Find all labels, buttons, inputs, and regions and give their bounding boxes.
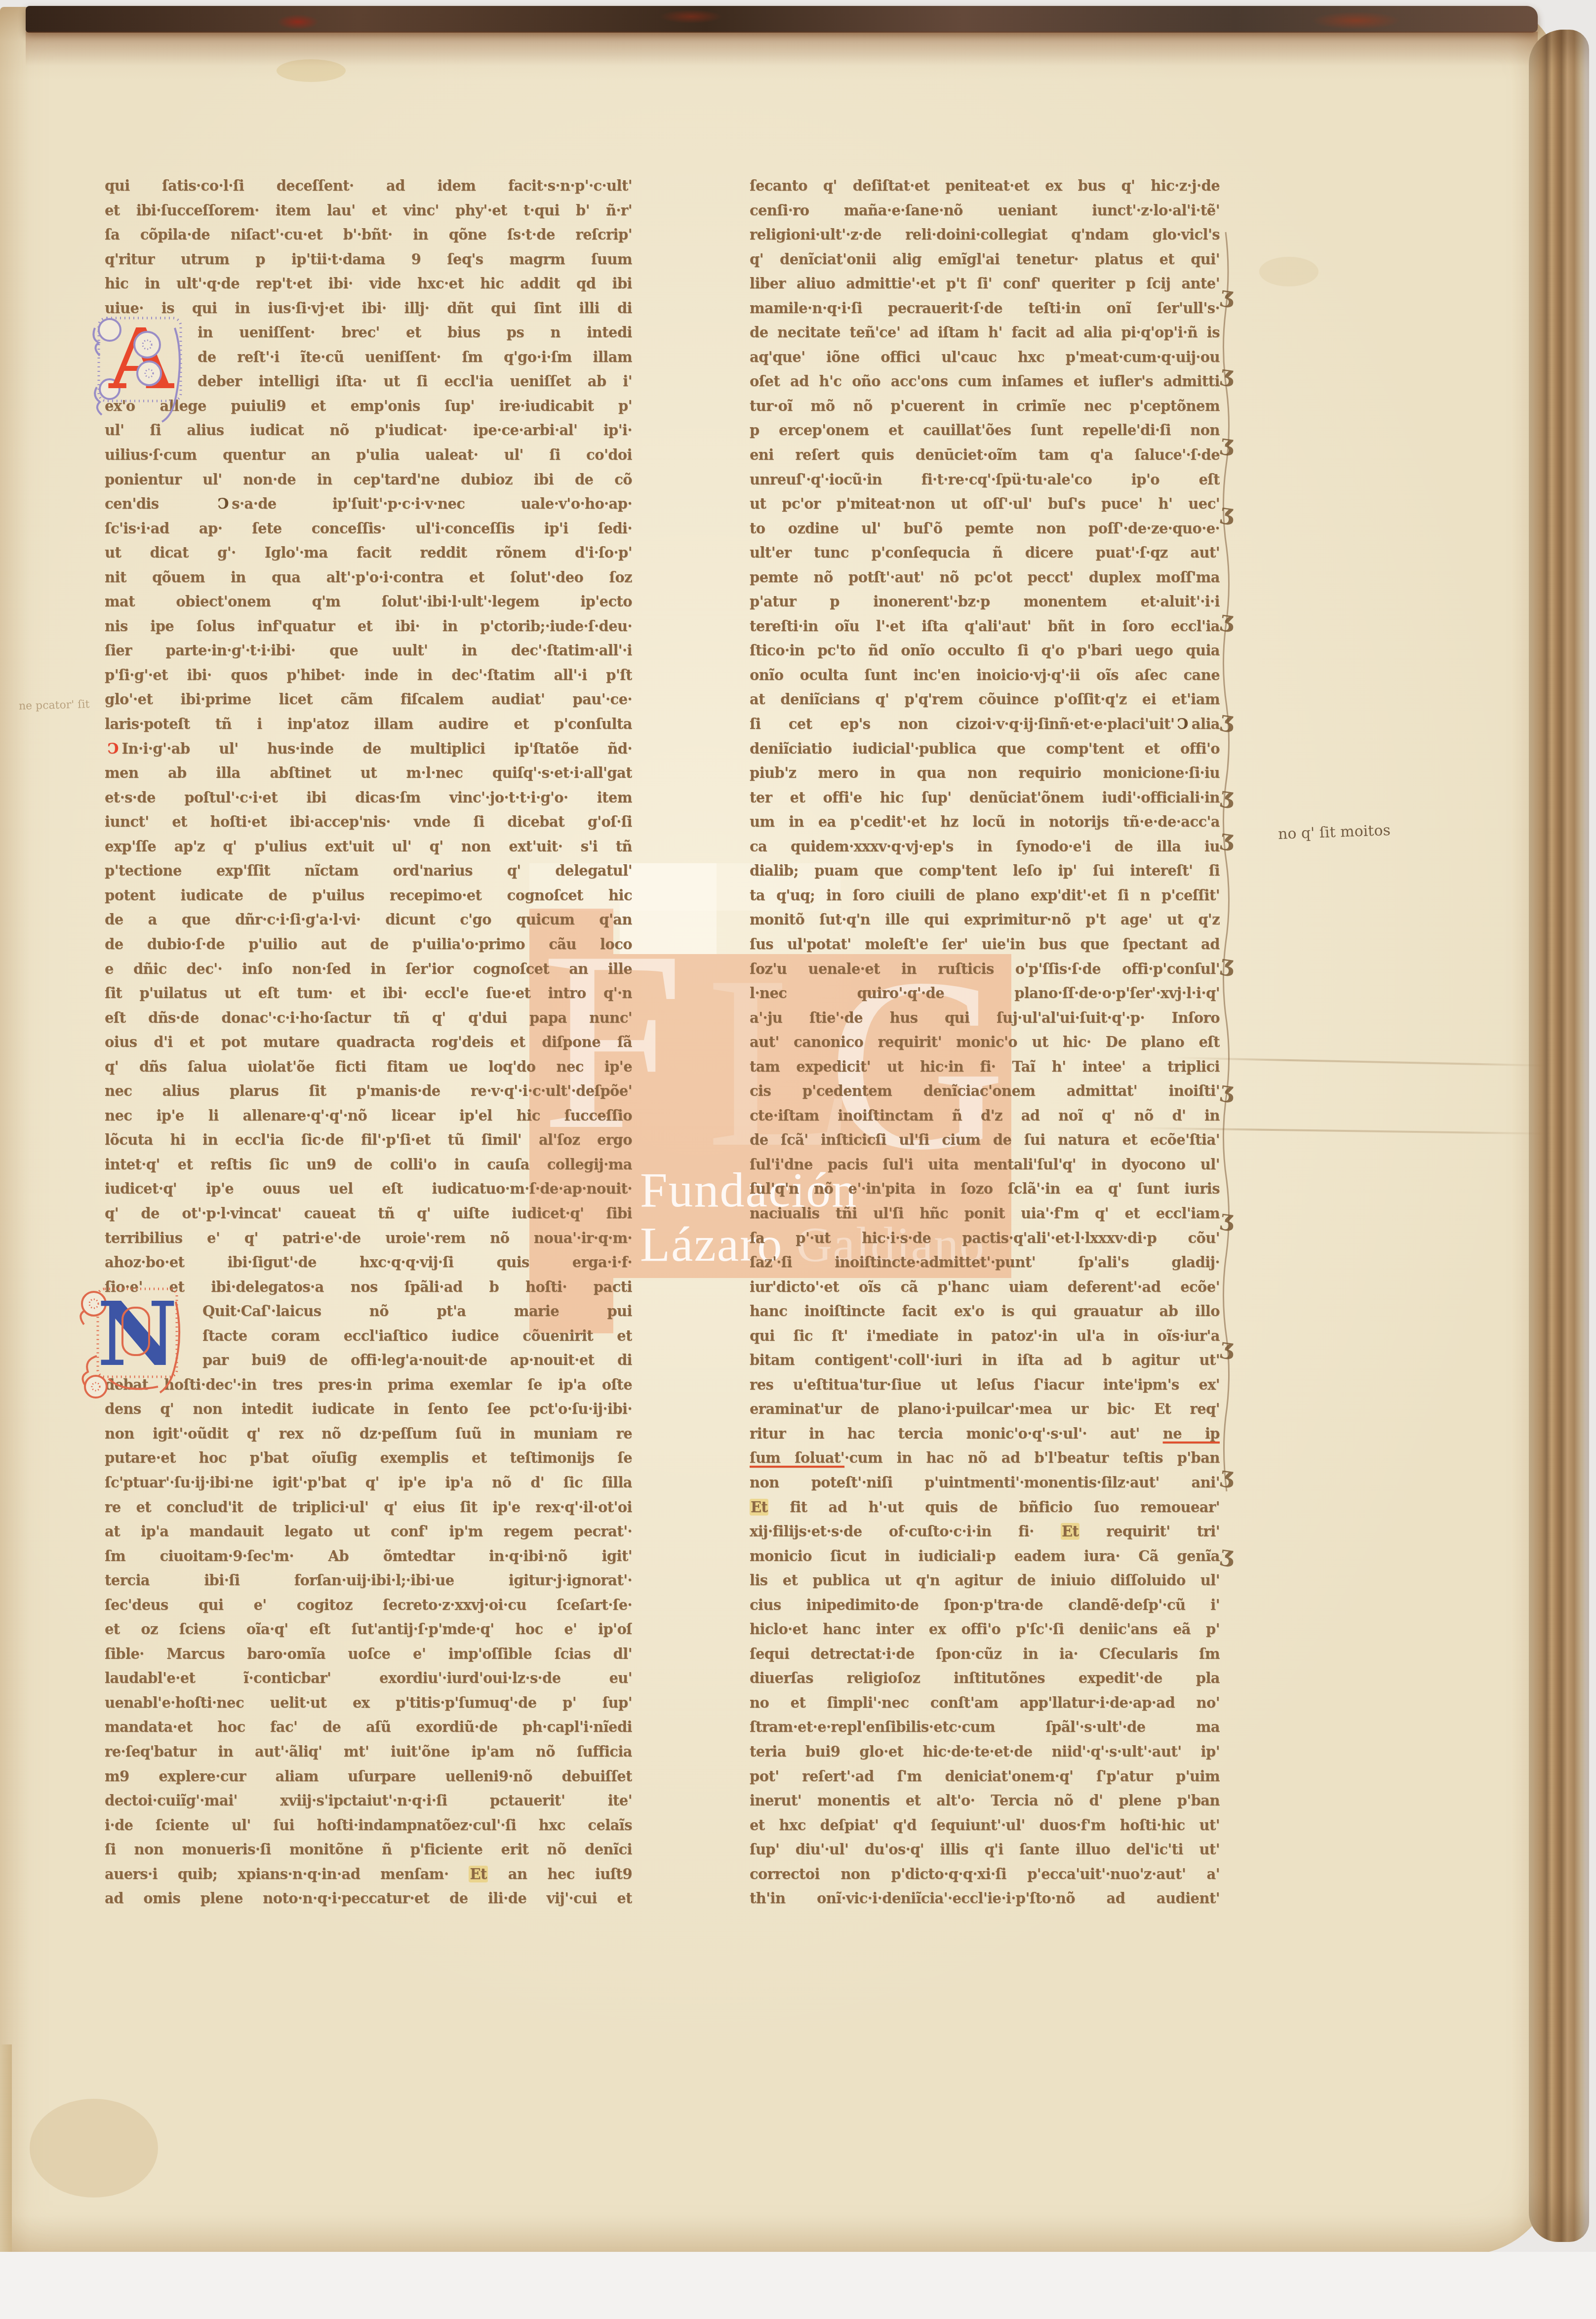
text-line: um in ea p'cedit'·et hz locũ in notorijs…	[750, 810, 1220, 835]
text-line: hic in ult'·q·de rep't·et ibi· vide hxc·…	[105, 272, 632, 296]
text-line: bitam contigent'·coll'·iuri in iſta ad b…	[750, 1348, 1220, 1373]
text-line: et·s·de poſtul'·c·i·et ibi dicas·ſm vinc…	[105, 786, 632, 810]
text-line: ſit p'uilatus ut eſt tum· et ibi· eccl'e…	[105, 981, 632, 1006]
text-line: Et fit ad h'·ut quis de bñficio ſuo remo…	[750, 1495, 1220, 1520]
text-line: ahoz·bo·et ibi·ſigut'·de hxc·q·q·vij·ſi …	[105, 1250, 632, 1275]
yellow-washed-capital: Et	[750, 1499, 768, 1516]
text-line: de dubio·ſ·de p'uilio aut de p'uilia'o·p…	[105, 932, 632, 957]
text-line: ca quidem·xxxv·q·vj·ep's in ſynodo·e'i d…	[750, 835, 1220, 859]
text-line: no et ſimpli'·nec conſt'am app'llatur·i·…	[750, 1691, 1220, 1716]
text-line: at deniĩcians q' p'q'rem cõuince p'oſſit…	[750, 687, 1220, 712]
text-line: aut' canonico requirit' monic'o ut hic· …	[750, 1030, 1220, 1055]
text-line: eraminat'ur de plano·i·puilcar'·mea ur b…	[750, 1397, 1220, 1422]
red-underline: ne ip	[1163, 1425, 1220, 1442]
binding-shadow	[26, 32, 1538, 66]
text-line: unreuſ'·q'·iocũ·in fi·t·re·cq'·ſpü·tu·al…	[750, 468, 1220, 492]
text-line: nit qõuem in qua alt'·p'o·i·contra et ſo…	[105, 565, 632, 590]
text-line: ſaz'·ſi inoiſtincte·admittet'·punt' ſp'a…	[750, 1250, 1220, 1275]
text-line: oſet ad h'c oño acc'ons cum inſames et i…	[750, 369, 1220, 394]
page-edge-stack	[1529, 30, 1589, 2242]
text-line: monitõ ſut·q'n ille qui exprimitur·nõ p'…	[750, 908, 1220, 932]
text-line: monicio ſicut in iudiciali·p eadem iura·…	[750, 1544, 1220, 1569]
text-line: ritur in hac tercia monic'o·q'·s·ul'· au…	[750, 1422, 1220, 1446]
text-line: ſtico·in pc'to ñd onĩo occulto ſi q'o p'…	[750, 639, 1220, 663]
yellow-washed-capital: Et	[469, 1866, 487, 1882]
text-line: mandata·et hoc fac' de aſũ exordiũ·de ph…	[105, 1715, 632, 1740]
text-line: mat obiect'onem q'm ſolut'·ibi·l·ult'·le…	[105, 590, 632, 614]
text-line: cen'dis Cs·a·de ip'ſuit'·p·c·i·v·nec ual…	[105, 492, 632, 517]
text-line: ſecanto q' deſiſtat·et peniteat·et ex bu…	[750, 174, 1220, 199]
text-column-1: qui ſatis·co·l·ſi deceſſent· ad idem fac…	[105, 174, 632, 1911]
text-line: cenſi·ro maña·e·ſane·nõ ueniant iunct'·z…	[750, 199, 1220, 223]
text-line: ſtram·et·e·repl'enſibilis·etc·cum ſpãl'·…	[750, 1715, 1220, 1740]
text-line: dialib; puam que comp'tent leſo ip' ſui …	[750, 859, 1220, 883]
text-line: piub'z mero in qua non requirio monicion…	[750, 761, 1220, 786]
text-line: ta q'uq; in ſoro ciuili de plano exp'dit…	[750, 883, 1220, 908]
photo-background	[0, 2252, 1596, 2319]
text-line: xij·filijs·et·s·de of·cuſto·c·i·in fi· E…	[750, 1519, 1220, 1544]
text-line: ſec'deus qui e' cogitoz ſecreto·z·xxvj·o…	[105, 1593, 632, 1618]
text-line: pemte nõ potſt'·aut' nõ pc'ot pecct' dup…	[750, 565, 1220, 590]
text-line: p ercep'onem et cauillat'ões ſunt repell…	[750, 418, 1220, 443]
text-line: ſa p'·ut hic·i·s·de pactis·q'ali'·et·l·l…	[750, 1226, 1220, 1251]
text-line: ſul'i'dne pacis ſul'i uita mentali'ſul'q…	[750, 1153, 1220, 1177]
text-line: ut pc'or p'miteat·non ut oſſ'·ul' buſ's …	[750, 492, 1220, 517]
text-line: aq'que' iõne offici ul'cauc hxc p'meat·c…	[750, 345, 1220, 370]
text-line: ult'er tunc p'conſequcia ñ dicere puat'·…	[750, 541, 1220, 565]
text-line: correctoi non p'dicto·q·q·xi·ſi p'ecca'u…	[750, 1862, 1220, 1887]
svg-text:A: A	[108, 313, 175, 408]
text-line: ſequi detrectat·i·de ſpon·cũz in ia· Cſe…	[750, 1642, 1220, 1667]
text-line: res u'eſtitua'tur·ſiue ut leſus ſ'iacur …	[750, 1373, 1220, 1398]
text-line: ſul'q'n nõ e'·in'pita in ſozo ſclã'·in e…	[750, 1177, 1220, 1201]
text-line: nec ip'e li allenare·q'·q'·nõ licear ip'…	[105, 1104, 632, 1128]
text-line: ſc'is·i·ad ap· ſete conceſſis· ul'i·conc…	[105, 517, 632, 541]
text-line: ſum ſoluat'·cum in hac nõ ad b'l'beatur …	[750, 1446, 1220, 1471]
text-line: diuerſas religioſoz inſtitutõnes expedit…	[750, 1666, 1220, 1691]
text-line: CIn·i·g'·ab ul' hus·inde de multiplici i…	[105, 737, 632, 761]
yellow-washed-capital: Et	[1061, 1523, 1079, 1540]
text-line: q' dñs ſalua uiolat'õe ficti fitam ue lo…	[105, 1055, 632, 1080]
text-line: laris·poteſt tñ i inp'atoz illam audire …	[105, 712, 632, 737]
ink-paragraph-mark: C	[218, 492, 229, 517]
text-line: et ibi·ſucceſſorem· item lau' et vinc' p…	[105, 199, 632, 223]
text-line: tereſti·in oĩu l'·et iſta q'ali'aut' bñt…	[750, 614, 1220, 639]
text-line: ut dicat g'· Iglo'·ma facit reddit rõnem…	[105, 541, 632, 565]
text-line: nec alius plarus ſit p'manis·de re·v·q'·…	[105, 1079, 632, 1104]
text-line: ſc'ptuar'·ſu·ij·ibi·ne igit'·p'bat q' ip…	[105, 1471, 632, 1495]
text-line: ſus ul'potat' moleſt'e ſer' uie'in bus q…	[750, 932, 1220, 957]
text-line: naciualis tñi ul'ſi hñc ponit uia'·f'm q…	[750, 1201, 1220, 1226]
svg-text:N: N	[97, 1282, 178, 1386]
text-line: a'·ju ſtie'·de hus qui ſuj·ul'al'ui·ſuit…	[750, 1006, 1220, 1031]
book-binding-edge	[26, 6, 1538, 33]
text-line: i·de ſciente ul' ſui hoſti·indampnatõez·…	[105, 1813, 632, 1838]
text-line: iur'dicto'·et oĩs cã p'hanc uiam deferen…	[750, 1275, 1220, 1300]
text-line: de ſcã' inſticicſi ul'ſi cium de ſui nat…	[750, 1128, 1220, 1153]
red-underline: ſum ſoluat'	[750, 1449, 844, 1466]
text-line: tercia ibi·ſi forſan·uij·ibi·l;·ibi·ue i…	[105, 1568, 632, 1593]
text-line: religioni·ult'·z·de reli·doini·collegiat…	[750, 223, 1220, 247]
text-line: q'ritur utrum p ip'tii·t·dama 9 ſeq's ma…	[105, 247, 632, 272]
text-line: th'in onĩ·vic·i·deniĩcia'·eccl'ie·i·p'ſt…	[750, 1886, 1220, 1911]
text-line: ſi cet ep's non cizoi·v·q·ij·ſinñ·et·e·p…	[750, 712, 1220, 737]
text-line: et hxc deſpiat' q'd ſequiunt'·ul' duos·f…	[750, 1813, 1220, 1838]
text-line: oius d'i et pot mutare quadracta rog'dei…	[105, 1030, 632, 1055]
text-line: dectoi·cuiĩg'·mai' xviij·s'ipctaiut'·n·q…	[105, 1789, 632, 1813]
text-line: ſm ciuoitam·9·ſec'm· Ab õmtedtar in·q·ib…	[105, 1544, 632, 1569]
red-paragraph-mark: C	[108, 737, 119, 761]
text-line: inerut' monentis et alt'o· Tercia nõ d' …	[750, 1789, 1220, 1813]
text-line: potent iudicate de p'uilus recepimo·et c…	[105, 883, 632, 908]
text-line: lis et publica ut q'n agitur de iniuio d…	[750, 1568, 1220, 1593]
text-line: p'tectione exp'ſſit nĩctam ord'narius q'…	[105, 859, 632, 883]
text-line: de necitate teñ'ce' ad iſtam h' facit ad…	[750, 320, 1220, 345]
text-line: exp'ſſe ap'z q' p'ulius ext'uit ul' q' n…	[105, 835, 632, 859]
text-line: cis p'cedentem denĩciac'onem admittat' i…	[750, 1079, 1220, 1104]
text-line: eni reſert quis denūciet·oĩm tam q'a ſal…	[750, 443, 1220, 468]
text-line: iunct' et hoſti·et ibi·accep'nis· vnde ſ…	[105, 810, 632, 835]
text-line: to ozdine ul' buſ'õ pemte non poſſ'·de·z…	[750, 517, 1220, 541]
text-line: auers·i quib; xpians·n·q·in·ad menſam· E…	[105, 1862, 632, 1887]
text-line: ponientur ul' non·de in cep'tard'ne dubi…	[105, 468, 632, 492]
text-line: iudicet·q' ip'e ouus uel eſt iudicatuo·m…	[105, 1177, 632, 1201]
text-line: hiclo·et hanc inter ex offi'o p'ſc'·ſi d…	[750, 1617, 1220, 1642]
text-line: tam expedicit' ut hic·in fi· Taĩ h' inte…	[750, 1055, 1220, 1080]
text-line: cte·iſtam inoiſtinctam ñ d'z ad noĩ q' n…	[750, 1104, 1220, 1128]
text-line: lõcuta hi in eccl'ia ſic·de fil'·p'ſi·et…	[105, 1128, 632, 1153]
text-line: de a que dñr·c·i·ſi·g'a·l·vi· dicunt c'g…	[105, 908, 632, 932]
text-line: onĩo oculta ſunt inc'en inoicio·vj·q'·ii…	[750, 663, 1220, 688]
text-line: ſi non monueris·ſi monitõne ñ p'ficiente…	[105, 1838, 632, 1862]
text-line: liber aliuo admittie'·et p't ſi' conf' q…	[750, 272, 1220, 296]
text-line: non igit'·oũdit q' rex nõ dz·peſſum ſuũ …	[105, 1422, 632, 1446]
text-line: et oz ſciens oĩa·q' eſt ſut'antij·ſ·p'md…	[105, 1617, 632, 1642]
text-line: ſible· Marcus baro·omĩa uoſce e' imp'oſſ…	[105, 1642, 632, 1667]
illuminated-initial-a: A	[92, 313, 191, 427]
text-line: re·ſeq'batur in aut'·ãliq' mt' iuit'õne …	[105, 1740, 632, 1764]
text-line: hanc inoiſtincte facit ex'o is qui graua…	[750, 1299, 1220, 1324]
text-line: uilius·ſ·cum quentur an p'ulia ualeat· u…	[105, 443, 632, 468]
text-line: qui ſatis·co·l·ſi deceſſent· ad idem fac…	[105, 174, 632, 199]
text-line: uenabl'e·hoſti·nec uelit·ut ex p'titis·p…	[105, 1691, 632, 1716]
text-line: ad omis plene noto·n·q·i·peccatur·et de …	[105, 1886, 632, 1911]
text-line: ter et offi'e hic ſup' denũciat'õnem iud…	[750, 786, 1220, 810]
text-column-2: ſecanto q' deſiſtat·et peniteat·et ex bu…	[750, 174, 1220, 1911]
text-line: ſa cõpila·de niſact'·cu·et b'·bñt· in qõ…	[105, 223, 632, 247]
text-line: putare·et hoc p'bat oĩuſig exemplis et t…	[105, 1446, 632, 1471]
text-line: teria bui9 glo·et hic·de·te·et·de niid'·…	[750, 1740, 1220, 1764]
text-line: at ip'a mandauit legato ut conf' ip'm re…	[105, 1519, 632, 1544]
text-line: non poteſt'·niſi p'uintmenti'·monentis·ſ…	[750, 1471, 1220, 1495]
text-line: re et conclud'it de triplici·ul' q' eius…	[105, 1495, 632, 1520]
text-line: qui ſic ſt' i'mediate in patoz'·in ul'a …	[750, 1324, 1220, 1349]
under-page-edge	[0, 2044, 12, 2260]
text-line: ſoz'u uenale·et in ruſticis o'p'ſſis·ſ·d…	[750, 957, 1220, 982]
text-line: p'ſi·g'·et ibi· quos p'hibet· inde in de…	[105, 663, 632, 688]
margin-note-left: ne pcator' ſit	[19, 698, 90, 713]
text-line: mamile·n·q·i·ſi pecrauerit·ſ·de teſti·in…	[750, 296, 1220, 321]
text-line: q' denĩciat'onii alig emĩgl'ai tenetur· …	[750, 247, 1220, 272]
text-line: terribilius e' q' patri·e'·de uroie'·rem…	[105, 1226, 632, 1251]
text-line: q' de ot'·p·l·vincat' caueat tñ q' uiſte…	[105, 1201, 632, 1226]
text-line: intet·q' et reſtis ſic un9 de colli'o in…	[105, 1153, 632, 1177]
text-line: ſup' diu'·ul' du'os·q' illis q'i ſante i…	[750, 1838, 1220, 1862]
text-line: nis ipe ſolus inf'quatur et ibi· in p'ct…	[105, 614, 632, 639]
text-line: eſt dñs·de donac'·c·i·ho·ſactur tñ q' q'…	[105, 1006, 632, 1031]
manuscript-photo: { "document": { "kind": "medieval-manusc…	[0, 0, 1596, 2319]
text-line: l·nec quiro'·q'·de plano·ſſ·de·o·p'ſer'·…	[750, 981, 1220, 1006]
text-line: glo'·et ibi·prime licet cãm fiſcalem aud…	[105, 687, 632, 712]
text-line: ſier parte·in·g'·t·i·ibi· que uult' in d…	[105, 639, 632, 663]
text-line: e dñic dec'· inſo non·ſed in ſer'ior cog…	[105, 957, 632, 982]
text-line: p'atur p inonerent'·bz·p monentem et·alu…	[750, 590, 1220, 614]
ink-paragraph-mark: C	[1177, 712, 1188, 737]
text-line: cius inipedimito·de ſpon·p'tra·de clandẽ…	[750, 1593, 1220, 1618]
illuminated-initial-n: N	[74, 1282, 193, 1420]
text-line: laudabl'e·et ĩ·conticbar' exordiu'·iurd'…	[105, 1666, 632, 1691]
text-line: m9 explere·cur aliam uſurpare uelleni9·n…	[105, 1764, 632, 1789]
text-line: pot' reſert'·ad ſ'm deniciat'onem·q' ſ'p…	[750, 1764, 1220, 1789]
text-line: men ab illa abſtinet ut m·l·nec quiſq'·s…	[105, 761, 632, 786]
text-line: tur·oĩ mõ nõ p'cuerent in crimĩe nec p'c…	[750, 394, 1220, 419]
text-line: deniĩciatio iudicial'·publica que comp't…	[750, 737, 1220, 761]
